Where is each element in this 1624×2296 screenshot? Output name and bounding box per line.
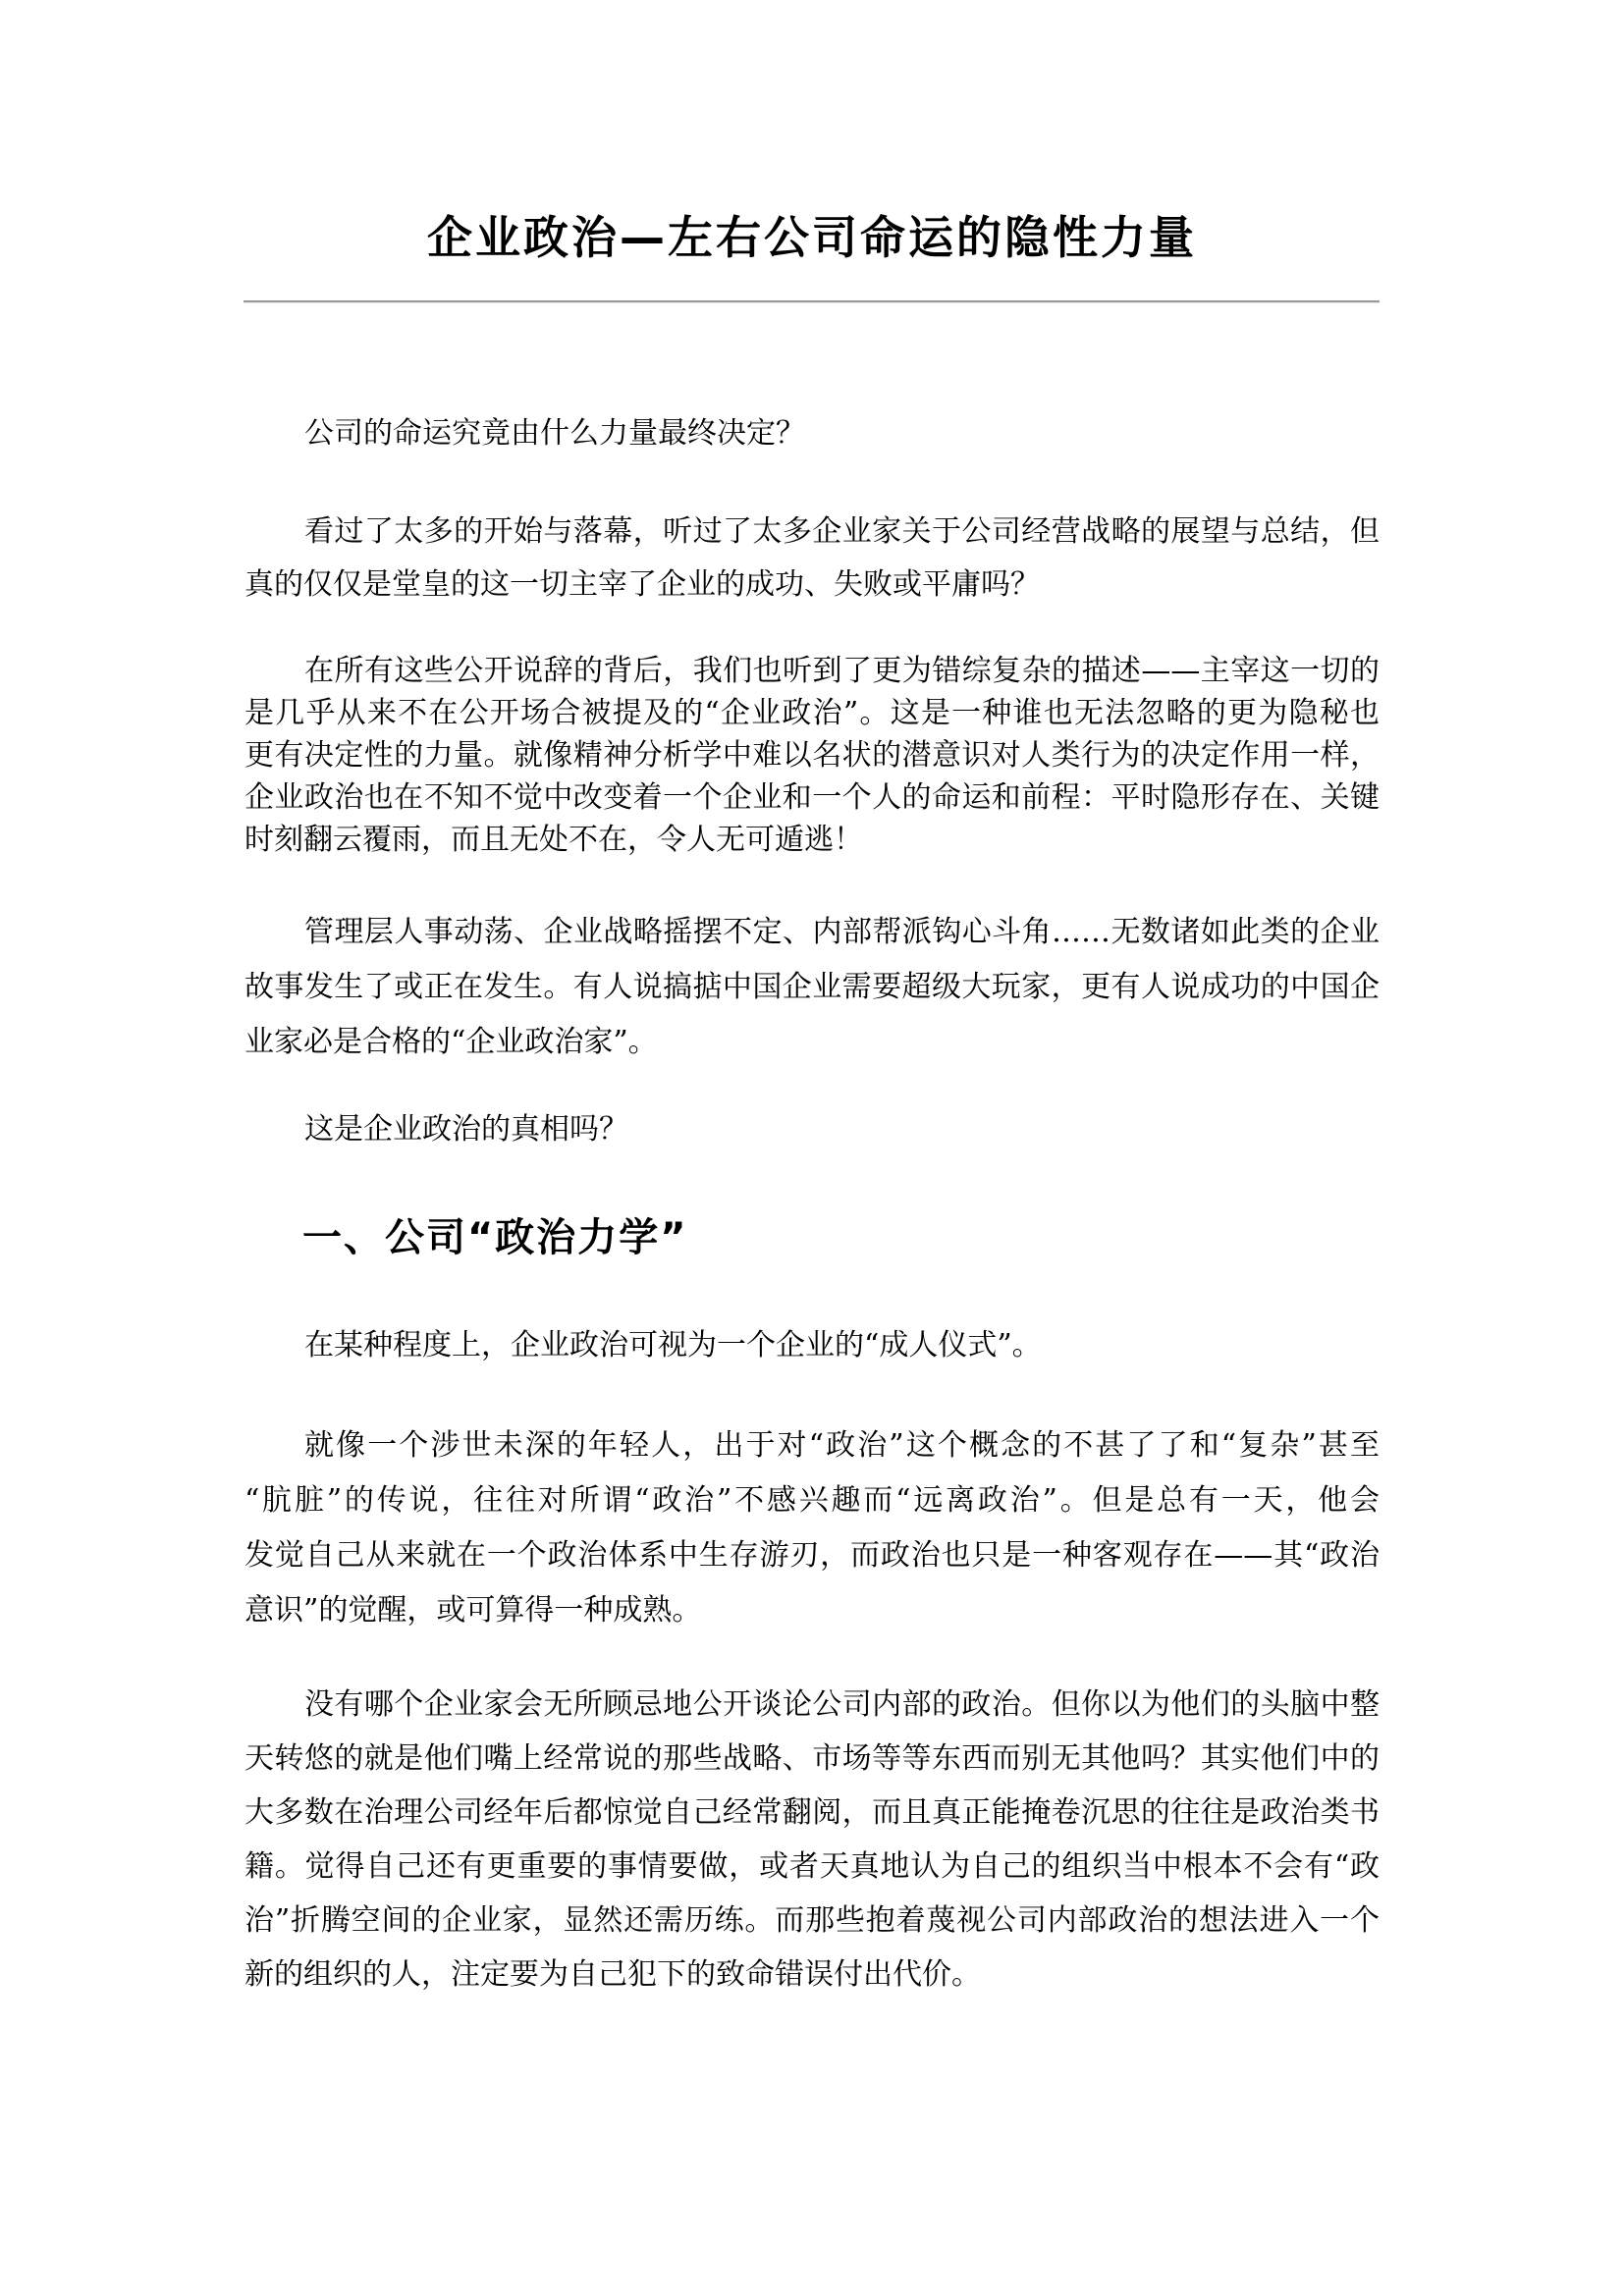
paragraph-line: 故事发生了或正在发生。有人说搞掂中国企业需要超级大玩家，更有人说成功的中国企 (244, 960, 1380, 1015)
paragraph-1: 公司的命运究竟由什么力量最终决定？ (244, 412, 1380, 455)
paragraph-line: 看过了太多的开始与落幕，听过了太多企业家关于公司经营战略的展望与总结，但 (244, 506, 1380, 559)
paragraph-line: 在所有这些公开说辞的背后，我们也听到了更为错综复杂的描述——主宰这一切的 (244, 650, 1380, 692)
paragraph-line: 公司的命运究竟由什么力量最终决定？ (244, 412, 1380, 455)
paragraph-3: 在所有这些公开说辞的背后，我们也听到了更为错综复杂的描述——主宰这一切的 是几乎… (244, 650, 1380, 861)
paragraph-line: “肮脏”的传说，往往对所谓“政治”不感兴趣而“远离政治”。但是总有一天，他会 (244, 1473, 1380, 1528)
paragraph-line: 治”折腾空间的企业家，显然还需历练。而那些抱着蔑视公司内部政治的想法进入一个 (244, 1894, 1380, 1948)
paragraph-line: 在某种程度上，企业政治可视为一个企业的“成人仪式”。 (244, 1324, 1380, 1367)
section-paragraph-2: 就像一个涉世未深的年轻人，出于对“政治”这个概念的不甚了了和“复杂”甚至 “肮脏… (244, 1418, 1380, 1638)
paragraph-line: 新的组织的人，注定要为自己犯下的致命错误付出代价。 (244, 1948, 1380, 2002)
section-paragraph-1: 在某种程度上，企业政治可视为一个企业的“成人仪式”。 (244, 1324, 1380, 1367)
paragraph-line: 时刻翻云覆雨，而且无处不在，令人无可遁逃！ (244, 819, 1380, 861)
section-heading: 一、公司“政治力学” (302, 1213, 688, 1262)
paragraph-line: 没有哪个企业家会无所顾忌地公开谈论公司内部的政治。但你以为他们的头脑中整 (244, 1678, 1380, 1732)
paragraph-line: 业家必是合格的“企业政治家”。 (244, 1015, 1380, 1070)
paragraph-line: 意识”的觉醒，或可算得一种成熟。 (244, 1583, 1380, 1638)
paragraph-2: 看过了太多的开始与落幕，听过了太多企业家关于公司经营战略的展望与总结，但 真的仅… (244, 506, 1380, 612)
paragraph-line: 是几乎从来不在公开场合被提及的“企业政治”。这是一种谁也无法忽略的更为隐秘也 (244, 692, 1380, 734)
paragraph-line: 真的仅仅是堂皇的这一切主宰了企业的成功、失败或平庸吗？ (244, 559, 1380, 612)
document-title: 企业政治—左右公司命运的隐性力量 (0, 208, 1624, 267)
title-divider (244, 300, 1380, 302)
paragraph-line: 发觉自己从来就在一个政治体系中生存游刃，而政治也只是一种客观存在——其“政治 (244, 1528, 1380, 1583)
paragraph-line: 就像一个涉世未深的年轻人，出于对“政治”这个概念的不甚了了和“复杂”甚至 (244, 1418, 1380, 1473)
section-paragraph-3: 没有哪个企业家会无所顾忌地公开谈论公司内部的政治。但你以为他们的头脑中整 天转悠… (244, 1678, 1380, 2002)
paragraph-4: 管理层人事动荡、企业战略摇摆不定、内部帮派钩心斗角……无数诸如此类的企业 故事发… (244, 905, 1380, 1070)
paragraph-line: 天转悠的就是他们嘴上经常说的那些战略、市场等等东西而别无其他吗？其实他们中的 (244, 1732, 1380, 1786)
paragraph-line: 管理层人事动荡、企业战略摇摆不定、内部帮派钩心斗角……无数诸如此类的企业 (244, 905, 1380, 960)
paragraph-line: 更有决定性的力量。就像精神分析学中难以名状的潜意识对人类行为的决定作用一样， (244, 734, 1380, 776)
paragraph-line: 大多数在治理公司经年后都惊觉自己经常翻阅，而且真正能掩卷沉思的往往是政治类书 (244, 1786, 1380, 1840)
paragraph-line: 企业政治也在不知不觉中改变着一个企业和一个人的命运和前程：平时隐形存在、关键 (244, 776, 1380, 819)
paragraph-5: 这是企业政治的真相吗？ (244, 1108, 1380, 1151)
paragraph-line: 这是企业政治的真相吗？ (244, 1108, 1380, 1151)
paragraph-line: 籍。觉得自己还有更重要的事情要做，或者天真地认为自己的组织当中根本不会有“政 (244, 1840, 1380, 1894)
document-page: 企业政治—左右公司命运的隐性力量 公司的命运究竟由什么力量最终决定？ 看过了太多… (0, 0, 1624, 2296)
